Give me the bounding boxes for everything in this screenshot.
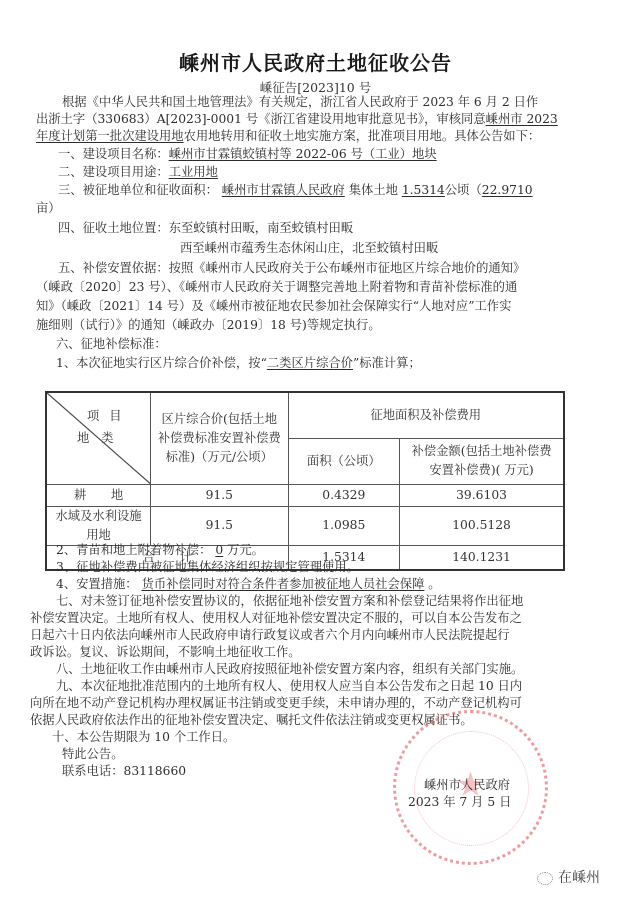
row-type: 水域及水利设施用地	[46, 506, 151, 545]
item-6-sub-3: 3、征地补偿费由被征地集体经济组织按规定管理使用。	[56, 559, 359, 576]
header-group: 征地面积及补偿费用	[288, 392, 564, 438]
wechat-icon	[537, 872, 553, 885]
row-amount: 39.6103	[400, 484, 564, 506]
item-3-area-cont: 亩）	[36, 200, 61, 217]
table-corner-header: 项目 地类	[46, 392, 151, 484]
item-6-sub-1: 1、本次征地实行区片综合价补偿，按“二类区片综合价”标准计算；	[56, 355, 421, 372]
contact-phone: 83118660	[124, 764, 187, 778]
watermark-text: 在嵊州	[558, 870, 600, 886]
item-1-project-name: 一、建设项目名称：嵊州市甘霖镇蛟镇村等 2022-06 号（工业）地块	[58, 146, 437, 163]
header-price: 区片综合价(包括土地补偿费标准安置补偿费标准)（万元/公顷）	[151, 392, 288, 484]
item-4-location: 四、征收土地位置：东至蛟镇村田畈，南至蛟镇村田畈	[58, 220, 353, 237]
row-area: 0.4329	[288, 484, 400, 506]
intro-line-2: 出浙土字（330683）A[2023]-0001 号《浙江省建设用地审批意见书》…	[36, 111, 558, 128]
issue-date: 2023 年 7 月 5 日	[408, 792, 511, 810]
row-price: 91.5	[151, 484, 288, 506]
item-6-sub-4: 4、安置措施： 货币补偿同时对符合条件者参加被征地人员社会保障 。	[56, 576, 441, 593]
plan-name-part-2: 年度计划第一批次建设用地	[36, 129, 184, 143]
item-6-sub-2: 2、青苗和地上附着物补偿： 0 万元。	[56, 542, 264, 559]
item-5-line-4: 施细则（试行）》的通知（嵊政办〔2019〕18 号)等规定执行。	[36, 317, 381, 334]
issuer-name: 嵊州市人民政府	[424, 775, 510, 793]
item-5-line-2: （嵊政〔2020〕23 号）、《嵊州市人民政府关于调整完善地上附着物和青苗补偿标…	[36, 279, 517, 296]
item-10: 十、本公告期限为 10 个工作日。	[52, 729, 235, 746]
item-7-line-1: 七、对未签订征地补偿安置协议的，依据征地补偿安置方案和补偿登记结果将作出征地	[56, 593, 523, 610]
item-9-line-3: 依据人民政府依法作出的征地补偿安置决定、嘱托文件依法注销或变更权属证书。	[30, 712, 473, 729]
row-area: 1.0985	[288, 506, 400, 545]
item-7-line-2: 补偿安置决定。土地所有权人、使用权人对征地补偿安置决定不服的，可以自本公告发布之	[30, 610, 522, 627]
table-row: 耕 地 91.5 0.4329 39.6103	[46, 484, 564, 506]
total-amount: 140.1231	[400, 545, 564, 570]
plan-name-part-1: 嵊州市 2023	[486, 112, 558, 126]
item-2-project-use: 二、建设项目用途：工业用地	[58, 164, 218, 181]
watermark: 在嵊州	[537, 867, 600, 887]
closing-text: 特此公告。	[62, 746, 124, 763]
item-7-line-4: 政诉讼。复议、诉讼期间，不影响土地征收工作。	[30, 644, 301, 661]
page-title: 嵊州市人民政府土地征收公告	[0, 47, 631, 76]
table-row: 水域及水利设施用地 91.5 1.0985 100.5128	[46, 506, 564, 545]
contact-line: 联系电话：83118660	[62, 763, 186, 780]
item-4-location-line-2: 西至嵊州市蕴秀生态休闲山庄，北至蛟镇村田畈	[180, 240, 438, 257]
row-amount: 100.5128	[400, 506, 564, 545]
intro-line-3: 年度计划第一批次建设用地农用地转用和征收土地实施方案，批准项目用地。具体公告如下…	[36, 128, 540, 145]
row-price: 91.5	[151, 506, 288, 545]
item-5-line-1: 五、补偿安置依据：按照《嵊州市人民政府关于公布嵊州市征地区片综合地价的通知》	[58, 260, 525, 277]
item-9-line-2: 向所在地不动产登记机构办理权属证书注销或变更手续，未申请办理的，不动产登记机构可	[30, 695, 522, 712]
item-5-line-3: 知》（嵊政〔2021〕14 号）及《嵊州市被征地农民参加社会保障实行“人地对应”…	[36, 298, 511, 315]
intro-line-1: 根据《中华人民共和国土地管理法》有关规定，浙江省人民政府于 2023 年 6 月…	[62, 94, 538, 111]
item-3-area: 三、被征地单位和征收面积： 嵊州市甘霖镇人民政府 集体土地 1.5314公顷（2…	[58, 182, 533, 199]
item-9-line-1: 九、本次征地批准范围内的土地所有权人、使用权人应当自本公告发布之日起 10 日内	[56, 678, 522, 695]
row-type: 耕 地	[46, 484, 151, 506]
header-amount: 补偿金额(包括土地补偿费安置补偿费)( 万元)	[400, 438, 564, 484]
item-6-label: 六、征地补偿标准：	[56, 336, 167, 353]
item-7-line-3: 日起六十日内依法向嵊州市人民政府申请行政复议或者六个月内向嵊州市人民法院提起行	[30, 627, 510, 644]
header-area: 面积（公顷）	[288, 438, 400, 484]
item-8: 八、土地征收工作由嵊州市人民政府按照征地补偿安置方案内容，组织有关部门实施。	[56, 661, 523, 678]
